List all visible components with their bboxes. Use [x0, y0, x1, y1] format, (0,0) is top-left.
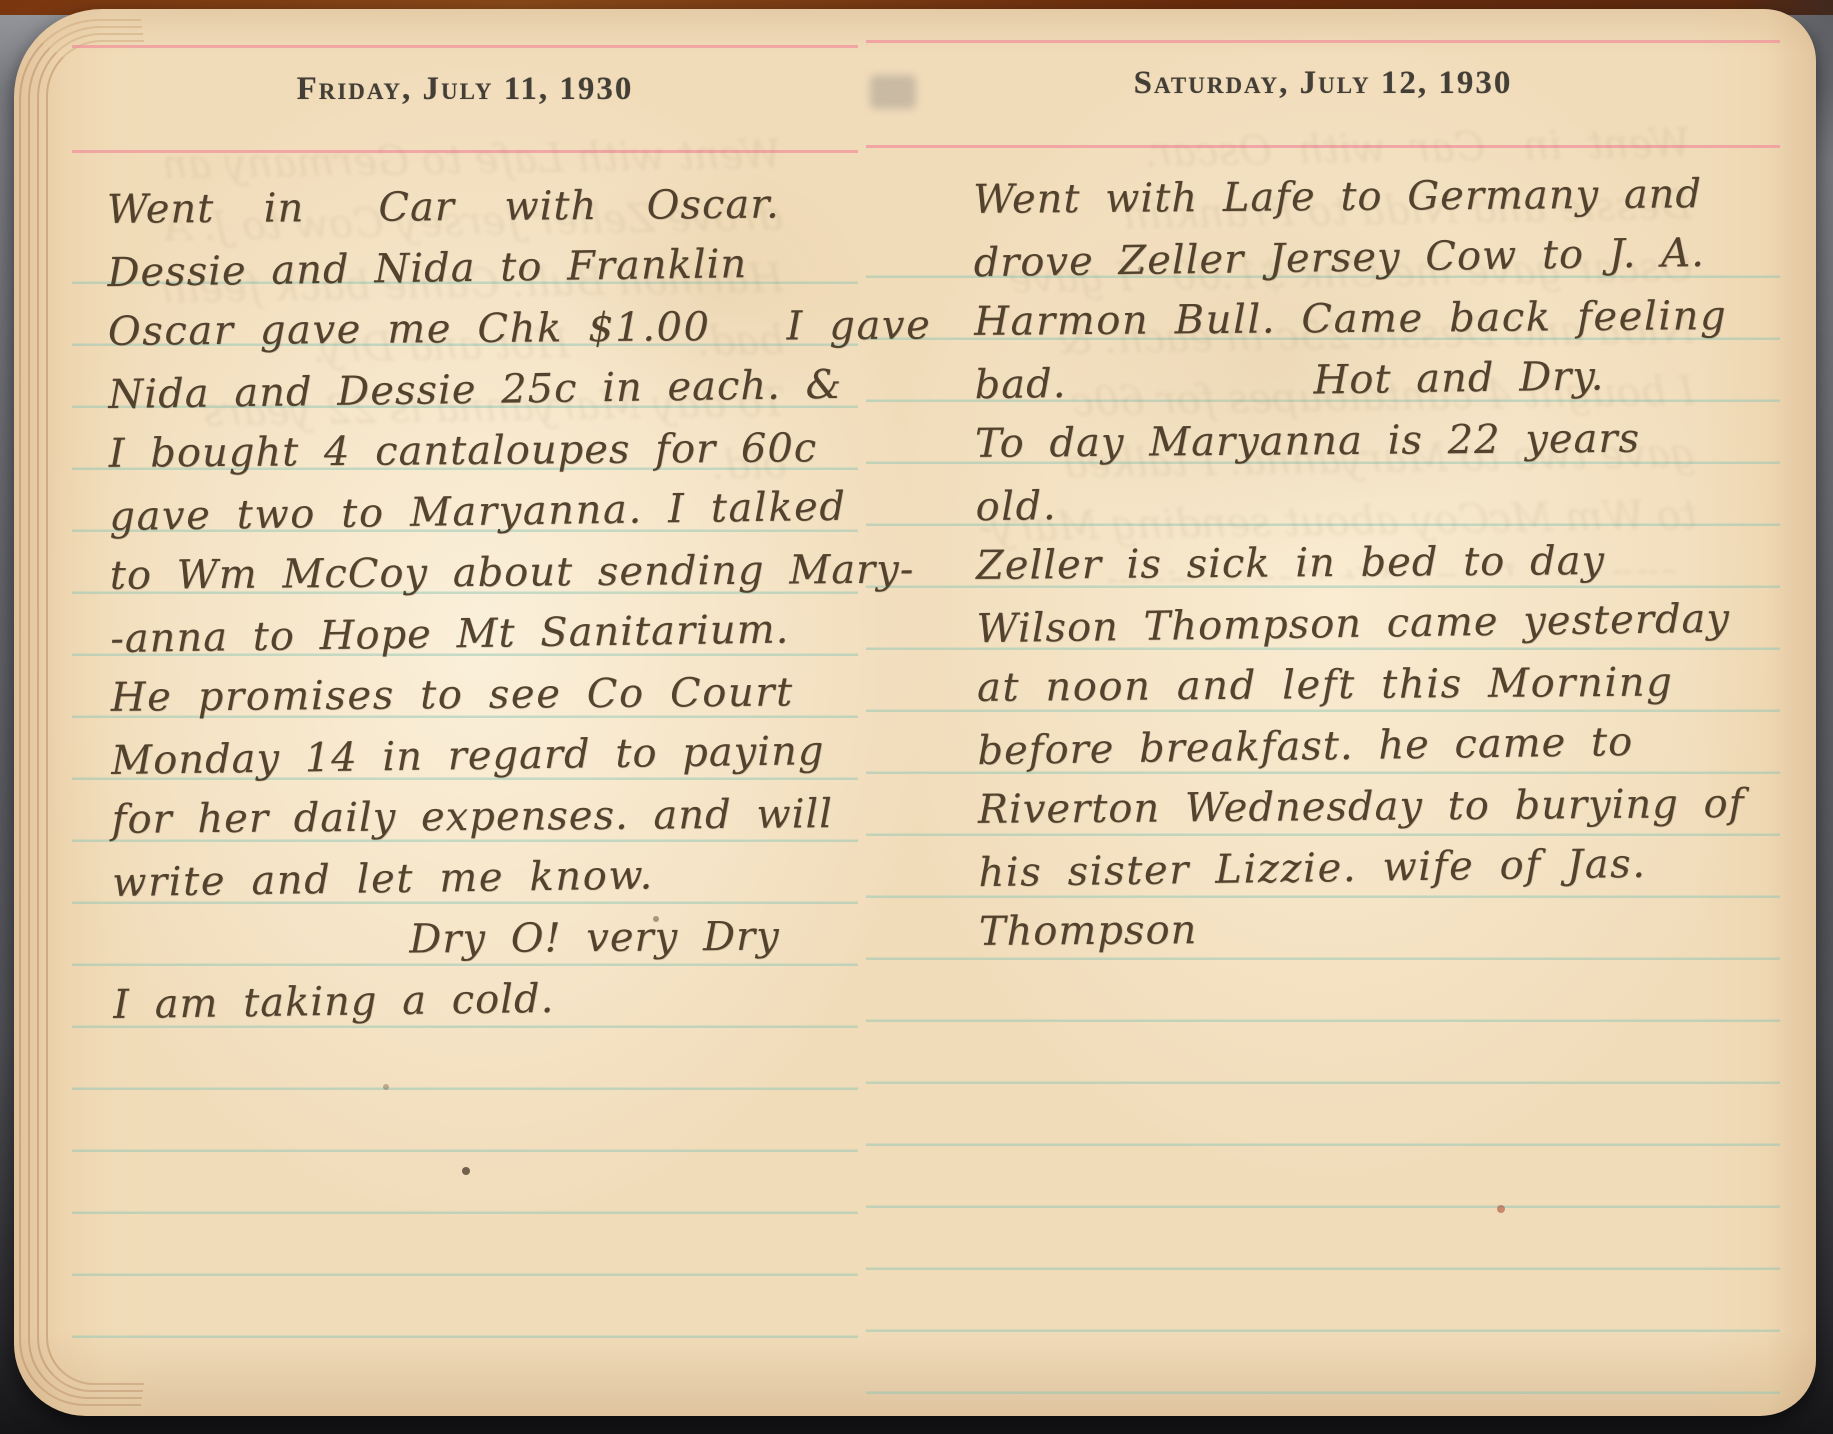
date-header-left: Friday, July 11, 1930	[72, 71, 858, 108]
pink-rule-header-right	[866, 145, 1780, 148]
pink-rule-header-left	[72, 150, 858, 153]
date-header-right: Saturday, July 12, 1930	[866, 65, 1780, 102]
entry-line: I am taking a cold.	[113, 965, 838, 1036]
diary-photo: Went with Lafe to Germany anddrove Zelle…	[0, 0, 1833, 1434]
entry-line: his sister Lizzie. wife of Jas.	[978, 833, 1723, 904]
entry-line: Wilson Thompson came yesterday	[976, 589, 1721, 660]
entry-line: bad. Hot and Dry.	[974, 345, 1719, 416]
entry-line: I bought 4 cantaloupes for 60c	[109, 418, 833, 485]
entry-line: before breakfast. he came to	[977, 711, 1722, 782]
entry-line: Went in Car with Oscar.	[107, 174, 831, 241]
entry-line: drove Zeller Jersey Cow to J. A.	[973, 223, 1718, 294]
entry-line: Thompson	[979, 896, 1723, 963]
entry-line: Monday 14 in regard to paying	[111, 721, 836, 792]
entry-line: for her daily expenses. and will	[111, 784, 835, 851]
pink-rule-top-left	[72, 45, 858, 48]
entry-line: at noon and left this Morning	[977, 652, 1721, 719]
entry-line: Zeller is sick in bed to day	[976, 530, 1720, 597]
entry-line: Dessie and Nida to Franklin	[107, 233, 832, 304]
book-spread: Went with Lafe to Germany anddrove Zelle…	[14, 9, 1816, 1416]
entry-line: To day Maryanna is 22 years	[975, 408, 1719, 475]
entry-line: Oscar gave me Chk $1.00 I gave	[108, 296, 832, 363]
entry-text-right: Went with Lafe to Germany anddrove Zelle…	[973, 164, 1723, 963]
entry-line: Went with Lafe to Germany and	[973, 164, 1717, 231]
entry-line: to Wm McCoy about sending Mary-	[110, 540, 834, 607]
entry-line: write and let me know.	[112, 843, 837, 914]
entry-line: Riverton Wednesday to burying of	[978, 774, 1722, 841]
entry-text-left: Went in Car with Oscar.Dessie and Nida t…	[107, 174, 838, 1034]
entry-line: Dry O! very Dry	[112, 906, 836, 973]
pink-rule-top-right	[866, 40, 1780, 43]
entry-line: He promises to see Co Court	[110, 662, 834, 729]
entry-line: Harmon Bull. Came back feeling	[974, 286, 1718, 353]
entry-line: Nida and Dessie 25c in each. &	[108, 355, 833, 426]
entry-line: -anna to Hope Mt Sanitarium.	[110, 599, 835, 670]
entry-line: old.	[975, 467, 1720, 538]
entry-line: gave two to Maryanna. I talked	[109, 477, 834, 548]
